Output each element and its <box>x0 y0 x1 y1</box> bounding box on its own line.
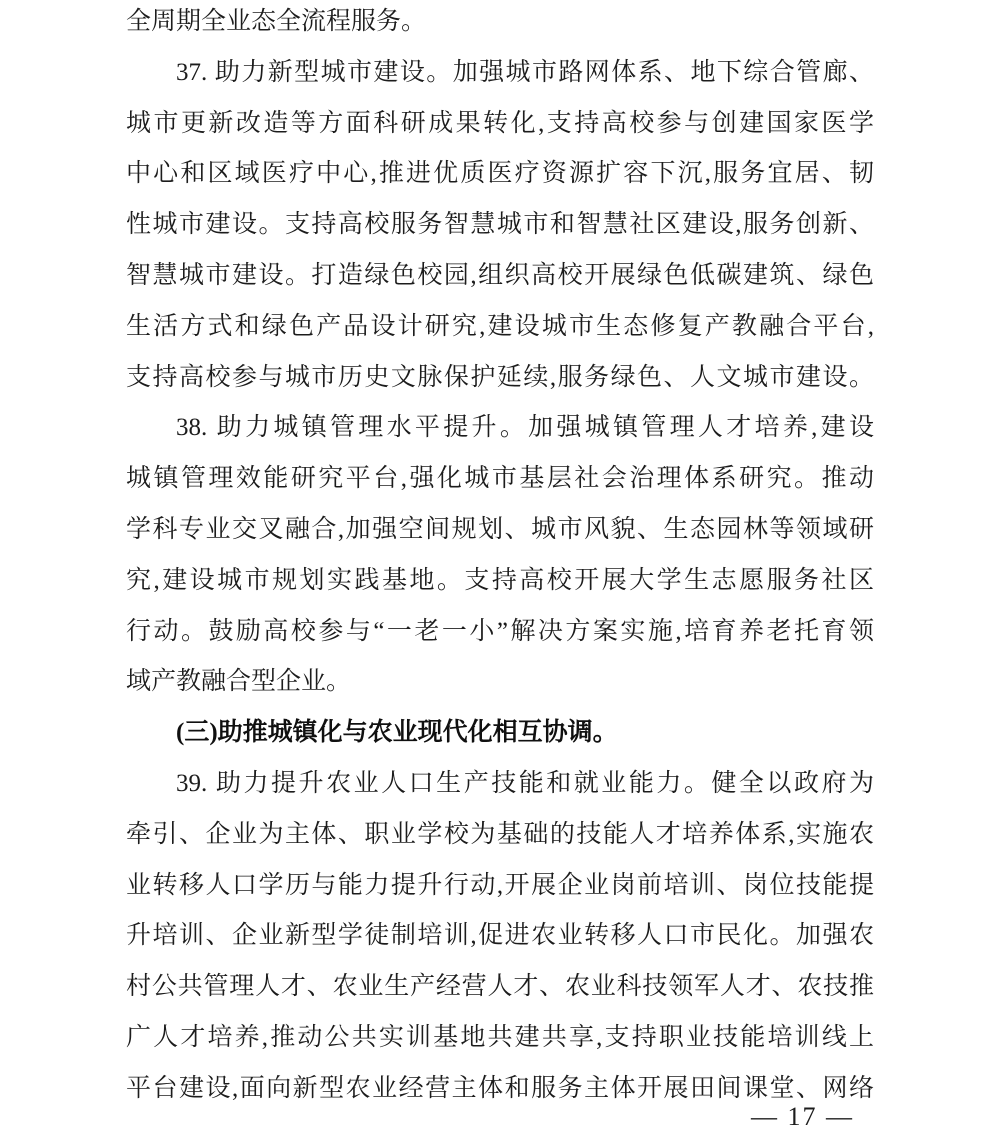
text-line: 广人才培养,推动公共实训基地共建共享,支持职业技能培训线上 <box>126 1013 874 1064</box>
document-body: 全周期全业态全流程服务。37. 助力新型城市建设。加强城市路网体系、地下综合管廊… <box>126 0 874 1115</box>
text-line: 行动。鼓励高校参与“一老一小”解决方案实施,培育养老托育领 <box>126 607 874 658</box>
text-line: 城市更新改造等方面科研成果转化,支持高校参与创建国家医学 <box>126 99 874 150</box>
text-line: 究,建设城市规划实践基地。支持高校开展大学生志愿服务社区 <box>126 556 874 607</box>
section-heading: (三)助推城镇化与农业现代化相互协调。 <box>126 708 874 759</box>
document-page: 全周期全业态全流程服务。37. 助力新型城市建设。加强城市路网体系、地下综合管廊… <box>0 0 1000 1138</box>
text-line: 城镇管理效能研究平台,强化城市基层社会治理体系研究。推动 <box>126 454 874 505</box>
page-number: — 17 — <box>751 1099 854 1135</box>
text-line: 生活方式和绿色产品设计研究,建设城市生态修复产教融合平台, <box>126 302 874 353</box>
text-line: 牵引、企业为主体、职业学校为基础的技能人才培养体系,实施农 <box>126 810 874 861</box>
text-line: 升培训、企业新型学徒制培训,促进农业转移人口市民化。加强农 <box>126 911 874 962</box>
text-line: 业转移人口学历与能力提升行动,开展企业岗前培训、岗位技能提 <box>126 861 874 912</box>
text-line: 域产教融合型企业。 <box>126 657 874 708</box>
text-line: 中心和区域医疗中心,推进优质医疗资源扩容下沉,服务宜居、韧 <box>126 149 874 200</box>
text-line: 学科专业交叉融合,加强空间规划、城市风貌、生态园林等领域研 <box>126 505 874 556</box>
text-line: 村公共管理人才、农业生产经营人才、农业科技领军人才、农技推 <box>126 962 874 1013</box>
text-line: 全周期全业态全流程服务。 <box>126 0 874 48</box>
text-line: 37. 助力新型城市建设。加强城市路网体系、地下综合管廊、 <box>126 48 874 99</box>
text-line: 支持高校参与城市历史文脉保护延续,服务绿色、人文城市建设。 <box>126 353 874 404</box>
text-line: 智慧城市建设。打造绿色校园,组织高校开展绿色低碳建筑、绿色 <box>126 251 874 302</box>
text-line: 39. 助力提升农业人口生产技能和就业能力。健全以政府为 <box>126 759 874 810</box>
text-line: 38. 助力城镇管理水平提升。加强城镇管理人才培养,建设 <box>126 403 874 454</box>
text-line: 性城市建设。支持高校服务智慧城市和智慧社区建设,服务创新、 <box>126 200 874 251</box>
